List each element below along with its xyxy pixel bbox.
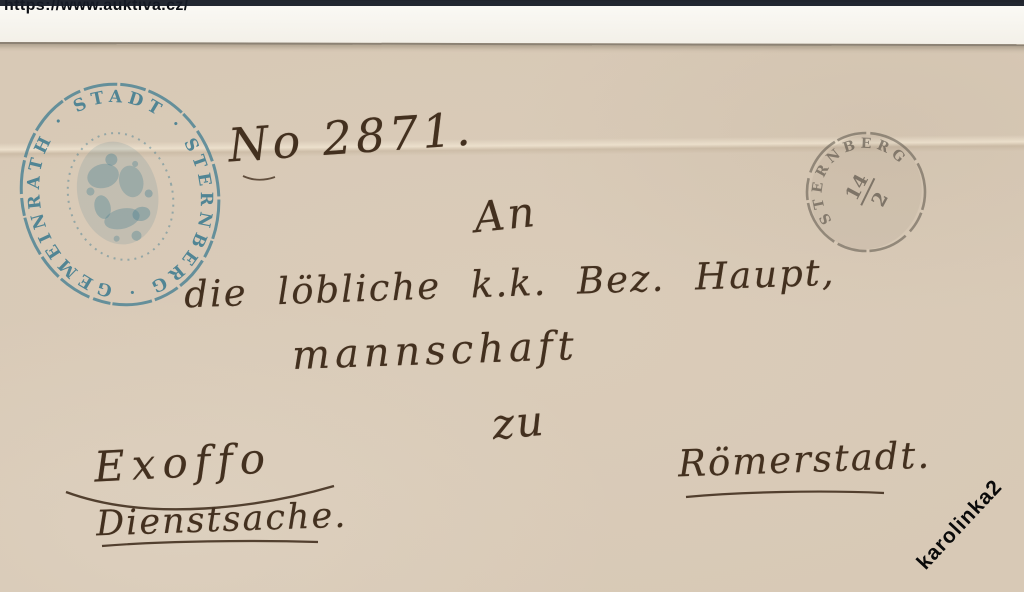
scan-dark-edge-bar — [0, 0, 1024, 6]
handwritten-exoffo-note: Exoffo — [93, 433, 273, 491]
scanned-cover-photo: RATH · STADT · STERNBERG · GEMEINDE STER… — [0, 0, 1024, 592]
handwritten-destination: Römerstadt. — [677, 434, 931, 486]
handwritten-preposition: zu — [490, 396, 547, 449]
handwritten-salutation: An — [472, 187, 540, 242]
stamp-coat-of-arms — [55, 122, 187, 271]
postal-cancellation-mark: STERNBERG 14 2 — [790, 124, 942, 266]
